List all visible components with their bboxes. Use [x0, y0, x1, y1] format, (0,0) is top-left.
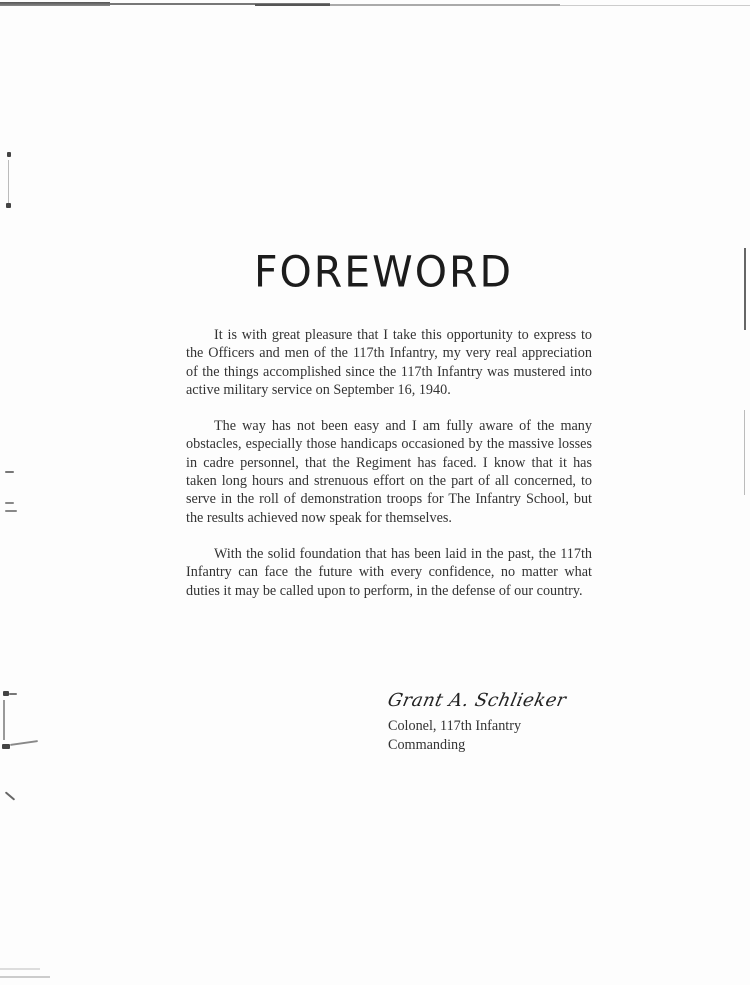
scan-mark: [6, 203, 11, 208]
page-title: FOREWORD: [0, 247, 750, 297]
signatory-rank: Colonel, 117th Infantry: [388, 717, 628, 736]
scan-mark: [9, 693, 17, 695]
scan-mark: [744, 410, 745, 495]
paragraph: With the solid foundation that has been …: [186, 545, 592, 600]
scan-mark: [2, 744, 10, 749]
foreword-body: It is with great pleasure that I take th…: [186, 326, 592, 618]
scan-mark: [5, 502, 14, 504]
scan-mark: [8, 160, 9, 205]
scan-mark: [10, 740, 38, 746]
scan-mark: [0, 968, 40, 970]
scan-mark: [0, 976, 50, 978]
scan-mark: [5, 510, 17, 512]
scan-mark: [3, 700, 5, 740]
signature-block: Grant A. Schlieker Colonel, 117th Infant…: [388, 690, 628, 755]
paragraph: The way has not been easy and I am fully…: [186, 417, 592, 527]
scan-mark: [5, 471, 14, 473]
signatory-role: Commanding: [388, 736, 628, 755]
scan-top-edge: [0, 2, 750, 6]
signature: Grant A. Schlieker: [386, 690, 630, 711]
paragraph: It is with great pleasure that I take th…: [186, 326, 592, 399]
scan-mark: [7, 152, 11, 157]
scan-mark: [5, 791, 15, 800]
